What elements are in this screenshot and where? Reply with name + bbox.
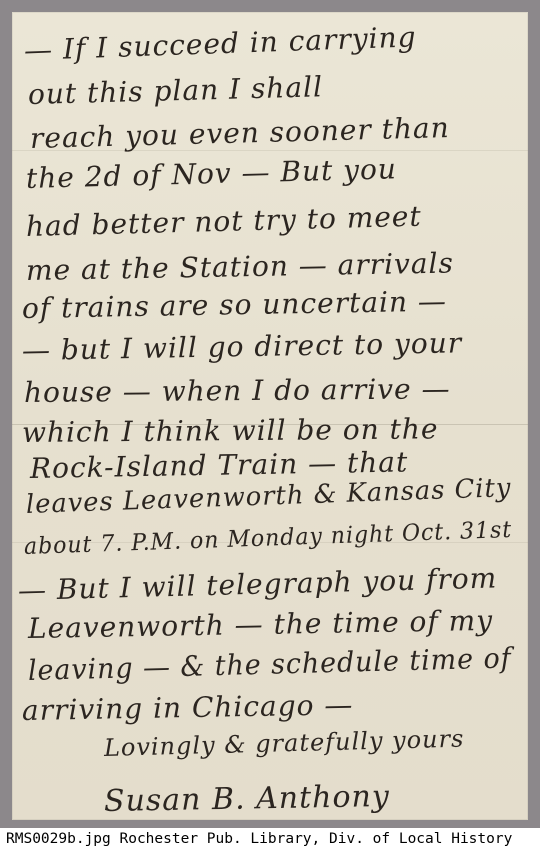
letter-line: — but I will go direct to your xyxy=(22,326,463,367)
letter-line: had better not try to meet xyxy=(26,200,422,243)
letter-line: house — when I do arrive — xyxy=(24,372,451,409)
letter-closing: Lovingly & gratefully yours xyxy=(104,725,465,762)
letter-line: — If I succeed in carrying xyxy=(23,20,417,67)
letter-page: — If I succeed in carrying out this plan… xyxy=(12,12,528,820)
letter-line: leaving — & the schedule time of xyxy=(28,641,512,687)
letter-line: about 7. P.M. on Monday night Oct. 31st xyxy=(24,517,513,560)
letter-line: of trains are so uncertain — xyxy=(22,285,447,325)
signature: Susan B. Anthony xyxy=(104,779,390,819)
letter-line: out this plan I shall xyxy=(28,70,324,111)
letter-line: Leavenworth — the time of my xyxy=(28,604,494,645)
letter-line: — But I will telegraph you from xyxy=(18,561,498,607)
letter-line: the 2d of Nov — But you xyxy=(26,152,398,195)
letter-line: which I think will be on the xyxy=(22,412,439,449)
letter-line: me at the Station — arrivals xyxy=(26,247,454,287)
letter-line: arriving in Chicago — xyxy=(22,688,354,727)
image-caption: RMS0029b.jpg Rochester Pub. Library, Div… xyxy=(0,828,540,850)
letter-line: reach you even sooner than xyxy=(30,111,450,155)
